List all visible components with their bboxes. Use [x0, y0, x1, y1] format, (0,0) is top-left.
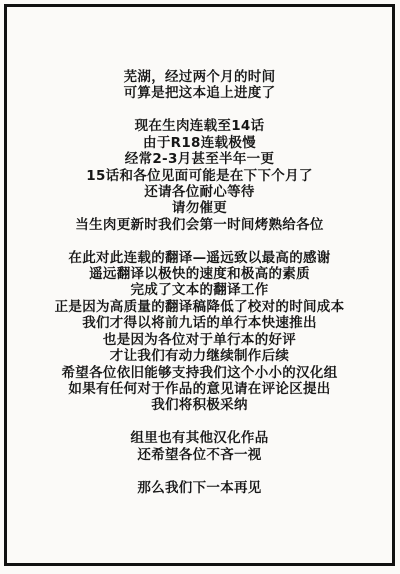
text-line: 在此对此连载的翻译—遥远致以最高的感谢 [7, 250, 392, 266]
text-line: 才让我们有动力继续制作后续 [7, 348, 392, 364]
text-line: 经常2-3月甚至半年一更 [7, 151, 392, 167]
text-line: 那么我们下一本再见 [7, 480, 392, 496]
text-line: 还希望各位不吝一视 [7, 447, 392, 463]
text-line: 现在生肉连载至14话 [7, 118, 392, 134]
text-line: 正是因为高质量的翻译稿降低了校对的时间成本 [7, 299, 392, 315]
paragraph: 在此对此连载的翻译—遥远致以最高的感谢遥远翻译以极快的速度和极高的素质完成了文本… [7, 250, 392, 414]
paragraph: 芜湖，经过两个月的时间可算是把这本追上进度了 [7, 69, 392, 102]
text-line: 遥远翻译以极快的速度和极高的素质 [7, 266, 392, 282]
page-border-frame: 芜湖，经过两个月的时间可算是把这本追上进度了现在生肉连载至14话由于R18连载极… [4, 4, 395, 566]
text-line: 完成了文本的翻译工作 [7, 282, 392, 298]
text-line: 当生肉更新时我们会第一时间烤熟给各位 [7, 217, 392, 233]
text-line: 可算是把这本追上进度了 [7, 85, 392, 101]
text-line: 由于R18连载极慢 [7, 135, 392, 151]
paragraph: 那么我们下一本再见 [7, 480, 392, 496]
text-line: 我们将积极采纳 [7, 397, 392, 413]
text-line: 芜湖，经过两个月的时间 [7, 69, 392, 85]
paragraph: 现在生肉连载至14话由于R18连载极慢经常2-3月甚至半年一更15话和各位见面可… [7, 118, 392, 233]
text-line: 也是因为各位对于单行本的好评 [7, 332, 392, 348]
text-line: 请勿催更 [7, 200, 392, 216]
text-line: 15话和各位见面可能是在下下个月了 [7, 168, 392, 184]
scanned-page: 芜湖，经过两个月的时间可算是把这本追上进度了现在生肉连载至14话由于R18连载极… [0, 0, 400, 574]
text-line: 组里也有其他汉化作品 [7, 430, 392, 446]
text-line: 如果有任何对于作品的意见请在评论区提出 [7, 381, 392, 397]
text-line: 希望各位依旧能够支持我们这个小小的汉化组 [7, 365, 392, 381]
paragraph: 组里也有其他汉化作品还希望各位不吝一视 [7, 430, 392, 463]
text-line: 还请各位耐心等待 [7, 184, 392, 200]
translator-notes-text: 芜湖，经过两个月的时间可算是把这本追上进度了现在生肉连载至14话由于R18连载极… [7, 69, 392, 512]
text-line: 我们才得以将前九话的单行本快速推出 [7, 315, 392, 331]
